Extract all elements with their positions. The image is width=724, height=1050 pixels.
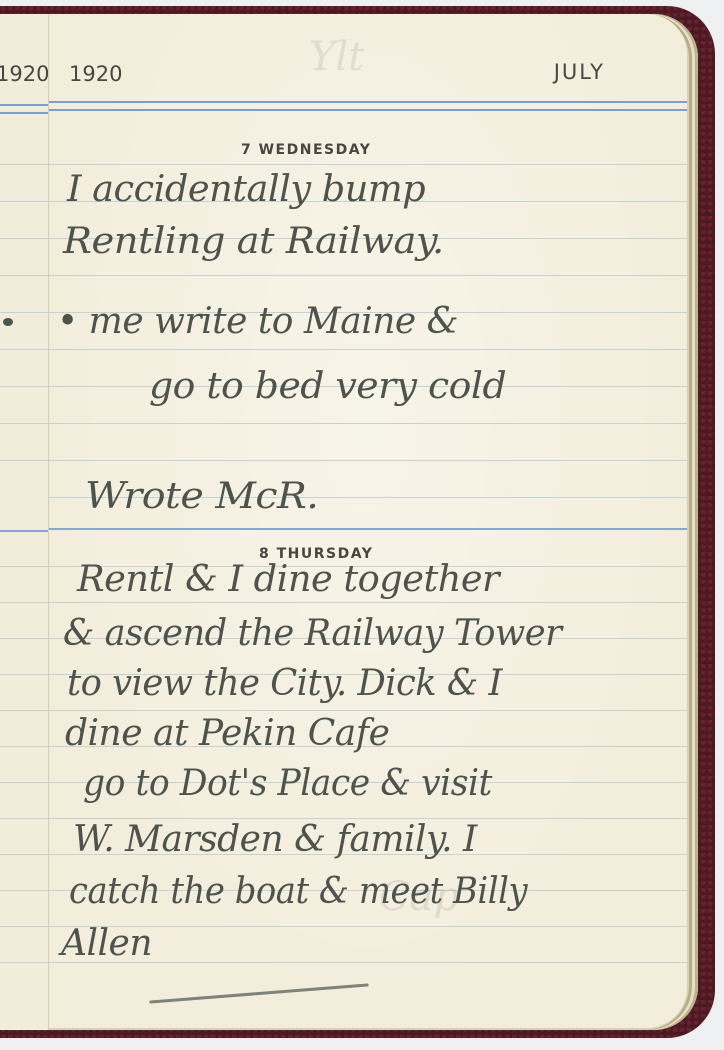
ruled-line [0, 782, 48, 783]
ink-dot [3, 318, 13, 326]
bleed-through: Ylt [309, 34, 364, 80]
ruled-line [0, 890, 48, 891]
diary-photo: 1920 1920 JULY [0, 0, 724, 1050]
ruled-line [0, 566, 48, 567]
ruled-line [0, 201, 48, 202]
header-rule [49, 101, 687, 103]
ruled-line [0, 854, 48, 855]
left-page-year: 1920 [0, 62, 49, 86]
ruled-line [0, 238, 48, 239]
ruled-line [49, 164, 687, 165]
entry-line: Rentl & I dine together [77, 562, 499, 598]
entry-line: go to bed very cold [149, 369, 506, 405]
day-divider [49, 528, 687, 530]
entry-line: dine at Pekin Cafe [65, 716, 389, 752]
ruled-line [0, 386, 48, 387]
left-page: 1920 [0, 14, 49, 1030]
ruled-line [0, 275, 48, 276]
right-page: 1920 JULY Ylt Cap 7 WEDNESDAY [49, 14, 687, 1028]
ruled-line [49, 710, 687, 711]
ruled-line [49, 602, 687, 603]
ruled-line [0, 349, 48, 350]
ruled-line [49, 460, 687, 461]
ruled-line [49, 349, 687, 350]
entry-line: Rentling at Railway. [63, 224, 444, 260]
ruled-line [0, 312, 48, 313]
ruled-line [0, 818, 48, 819]
ruled-line [0, 674, 48, 675]
entry-line: • me write to Maine & [57, 304, 458, 340]
entry-line: I accidentally bump [67, 172, 425, 208]
ruled-line [0, 164, 48, 165]
entry-line: catch the boat & meet Billy [69, 874, 527, 910]
ruled-line [49, 275, 687, 276]
header-rule [0, 112, 48, 114]
header-rule [49, 109, 687, 111]
entry-line: go to Dot's Place & visit [83, 766, 492, 802]
entry-line: W. Marsden & family. I [73, 822, 477, 858]
page-year: 1920 [69, 62, 122, 86]
header-rule [0, 104, 48, 106]
page-month: JULY [554, 60, 605, 84]
ruled-line [49, 423, 687, 424]
day-divider [0, 530, 48, 532]
entry-line: Wrote McR. [85, 479, 318, 515]
entry-line: to view the City. Dick & I [67, 666, 502, 702]
entry-line: & ascend the Railway Tower [63, 616, 561, 652]
day-label: 7 WEDNESDAY [241, 142, 371, 158]
ruled-line [0, 710, 48, 711]
ruled-line [0, 460, 48, 461]
ruled-line [0, 962, 48, 963]
ruled-line [0, 638, 48, 639]
entry-line: Allen [61, 926, 152, 962]
ruled-line [0, 602, 48, 603]
ruled-line [0, 926, 48, 927]
ruled-line [0, 746, 48, 747]
closing-stroke [149, 983, 369, 1003]
ruled-line [0, 423, 48, 424]
